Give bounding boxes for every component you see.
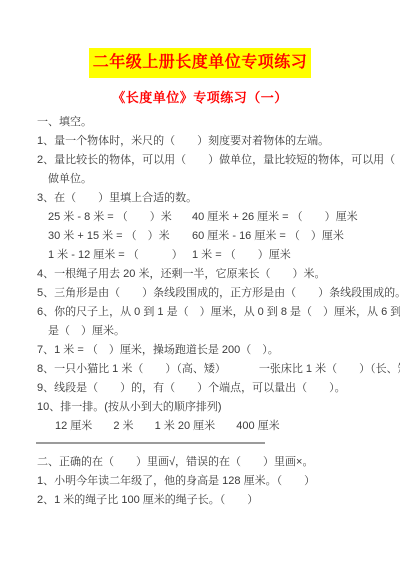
question-8: 8、一只小猫比 1 米（ ）（高、矮） 一张床比 1 米（ ）（长、短） [37,360,382,379]
question-6-line-1: 6、你的尺子上，从 0 到 1 是（ ）厘米，从 0 到 8 是（ ）厘米，从 … [37,303,382,322]
q3-row1-right: 40 厘米 + 26 厘米 = （ ）厘米 [192,208,358,227]
section-divider [36,442,265,444]
question-2-line-2: 做单位。 [37,170,382,189]
question-3-row-2: 30 米 + 15 米 = （ ）米 60 厘米 - 16 厘米 = （ ）厘米 [37,227,382,246]
question-10-items: 12 厘米 2 米 1 米 20 厘米 400 厘米 [37,417,382,436]
q3-row3-left: 1 米 - 12 厘米 = （ ） [48,246,192,265]
q10-item-3: 1 米 20 厘米 [155,420,216,432]
section-two-question-2: 2、1 米的绳子比 100 厘米的绳子长。（ ） [37,491,382,510]
title-banner-wrap: 二年级上册长度单位专项练习 [0,48,400,78]
page-title: 二年级上册长度单位专项练习 [89,48,312,78]
question-2-line-1: 2、量比较长的物体，可以用（ ）做单位，量比较短的物体，可以用（ ） [37,151,382,170]
question-9: 9、线段是（ ）的，有（ ）个端点，可以量出（ ）。 [37,379,382,398]
q8-right: 一张床比 1 米（ ）（长、短） [259,360,400,379]
q3-row2-right: 60 厘米 - 16 厘米 = （ ）厘米 [192,227,344,246]
question-3-row-1: 25 米 - 8 米 = （ ）米 40 厘米 + 26 厘米 = （ ）厘米 [37,208,382,227]
page-subtitle: 《长度单位》专项练习（一） [0,87,400,106]
question-3-row-3: 1 米 - 12 厘米 = （ ） 1 米 = （ ）厘米 [37,246,382,265]
section-two: 二、正确的在（ ）里画√，错误的在（ ）里画×。 1、小明今年读二年级了，他的身… [37,453,382,510]
question-3-intro: 3、在（ ）里填上合适的数。 [37,189,382,208]
worksheet-page: 二年级上册长度单位专项练习 《长度单位》专项练习（一） 一、填空。 1、量一个物… [0,0,400,566]
question-7: 7、1 米 = （ ）厘米，操场跑道长是 200（ ）。 [37,341,382,360]
section-two-question-1: 1、小明今年读二年级了，他的身高是 128 厘米。（ ） [37,472,382,491]
question-5: 5、三角形是由（ ）条线段围成的，正方形是由（ ）条线段围成的。 [37,284,382,303]
question-6-line-2: 是（ ）厘米。 [37,322,382,341]
question-1: 1、量一个物体时，米尺的（ ）刻度要对着物体的左端。 [37,132,382,151]
q10-item-2: 2 米 [113,420,133,432]
section-one-heading: 一、填空。 [37,113,382,132]
q10-item-1: 12 厘米 [55,420,92,432]
question-10: 10、排一排。(按从小到大的顺序排列) [37,398,382,417]
q3-row1-left: 25 米 - 8 米 = （ ）米 [48,208,192,227]
q3-row2-left: 30 米 + 15 米 = （ ）米 [48,227,192,246]
q10-item-4: 400 厘米 [236,420,279,432]
q3-row3-right: 1 米 = （ ）厘米 [192,246,291,265]
section-two-heading: 二、正确的在（ ）里画√，错误的在（ ）里画×。 [37,453,382,472]
question-4: 4、一根绳子用去 20 米，还剩一半，它原来长（ ）米。 [37,265,382,284]
section-one: 一、填空。 1、量一个物体时，米尺的（ ）刻度要对着物体的左端。 2、量比较长的… [37,113,382,436]
q8-left: 8、一只小猫比 1 米（ ）（高、矮） [37,360,226,379]
